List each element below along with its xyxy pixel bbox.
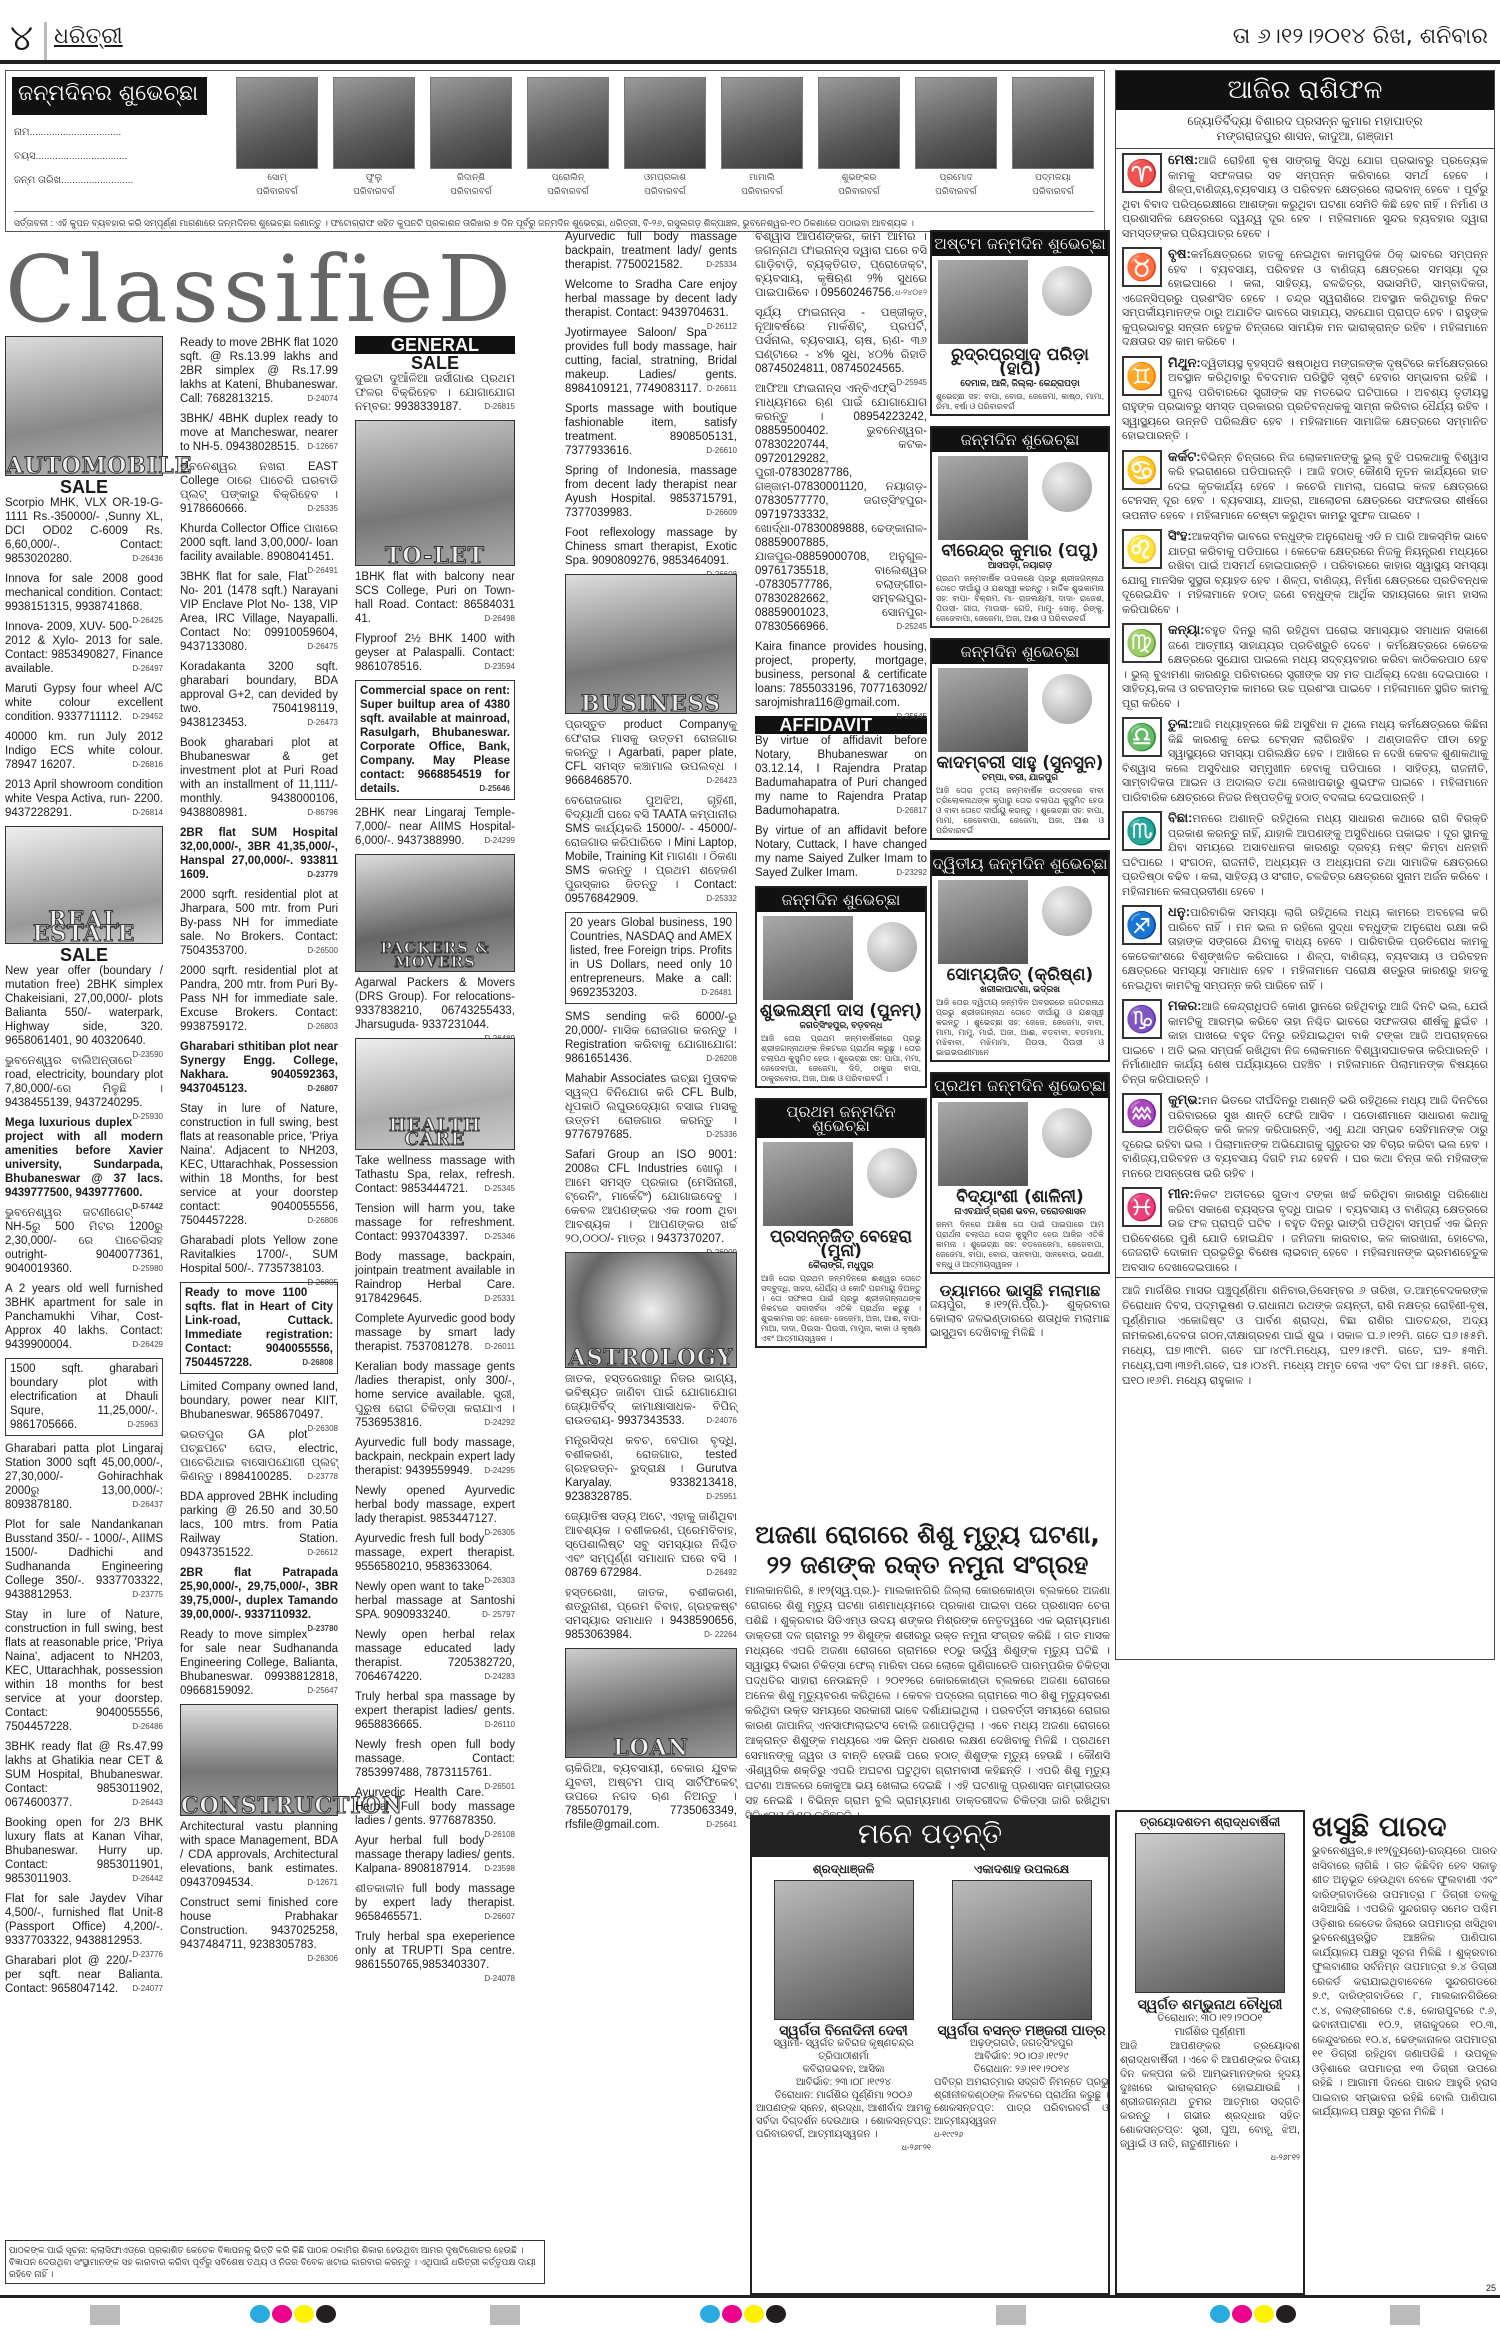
classified-ad: ବିଶ୍ୱାସ ଆପଣଙ୍କର, କାମ ଆମର । ଜଗନ୍ନାଥ ଫାଇନା… xyxy=(755,230,927,300)
classified-ad: Newly opened Ayurvedic herbal body massa… xyxy=(355,1484,515,1526)
rashi-tula: ♎ତୁଳା:ଆଜି ମଧ୍ୟାହ୍ନରେ କିଛି ଅସୁବିଧା ନ ଥିଲେ… xyxy=(1116,713,1494,807)
kid-photo-card: ସୋମ୍ପରିବାରବର୍ଗ xyxy=(236,77,318,197)
wish-message: ପ୍ରଥମ ଜନ୍ମବାର୍ଷିକ ଉପଲକ୍ଷେ ପ୍ରଭୁ ଶ୍ରୀଜଗନ୍… xyxy=(932,572,1108,626)
classified-ad: Truly herbal spa massage by expert thera… xyxy=(355,1690,515,1732)
kid-photo xyxy=(721,77,803,169)
child-address: ନାଏବଯାର୍ଡ୍ ଗ୍ରାଣ ଭବନ, ତରୋଡଶାସନ xyxy=(932,1204,1108,1218)
packers-image: PACKERS & MOVERS xyxy=(355,854,515,972)
classified-ad: Construct semi finished core house Prabh… xyxy=(180,1896,338,1952)
child-photo xyxy=(938,668,1028,752)
classified-ad: Welcome to Sradha Care enjoy herbal mass… xyxy=(565,278,737,320)
news-story: ଅଜଣା ରୋଗରେ ଶିଶୁ ମୃତ୍ୟୁ ଘଟଣା, ୨୨ ଜଣଙ୍କ ରକ… xyxy=(745,1520,1110,1824)
classified-ad: 20 years Global business, 190 Countries,… xyxy=(565,912,737,1004)
classified-ad: ଭୁବନେଶ୍ୱର ବାଲିଅନ୍ତାରେ road, electricity,… xyxy=(5,1054,163,1110)
astrology-label: ASTROLOGY xyxy=(566,1351,736,1365)
shraddha-title: ତ୍ରୟୋଦଶତମ ଶ୍ରାଦ୍ଧବାର୍ଷିକୀ xyxy=(1120,1815,1300,1829)
balloon-icon xyxy=(1042,462,1092,512)
realestate-image: REAL ESTATE xyxy=(5,826,163,944)
classified-ad: Body massage, backpain, jointpain treatm… xyxy=(355,1250,515,1306)
rashi-bichha: ♏ବିଛା:ମନରେ ଅଶାନ୍ତି ରହିଥିଲେ ମଧ୍ୟ ସାଧାରଣ କ… xyxy=(1116,807,1494,901)
rashi-brusha: ♉ବୃଷ:କର୍ମକ୍ଷେତ୍ରରେ ହାତକୁ ନେଇଥିବା କାମଗୁଡି… xyxy=(1116,243,1494,352)
classified-ad: ଭୁବନେଶ୍ୱର ଜଟଣୀଗେଟ୍ NH-5ରୁ 500 ମିଟର 1200ର… xyxy=(5,1206,163,1276)
healthcare-label: HEALTH CARE xyxy=(356,1119,514,1147)
healthcare-image: HEALTH CARE xyxy=(355,1038,515,1150)
classified-ad: Kaira finance provides housing, project,… xyxy=(755,640,927,710)
wish-message: ଆଜି ତୋର ଦ୍ୱିତୀୟ ଜନ୍ମଦିନ ଅବସରରେ ଜଗତରନାଥ ପ… xyxy=(932,996,1108,1060)
capricorn-icon: ♑ xyxy=(1122,999,1162,1039)
classified-ad: Sports massage with boutique fashionable… xyxy=(565,402,737,458)
obituary-title: ମନେ ପଡ଼ନ୍ତି xyxy=(752,1817,1108,1857)
cancer-icon: ♋ xyxy=(1122,450,1162,490)
classified-ad: Innova for sale 2008 good mechanical con… xyxy=(5,572,163,614)
registration-gray-block xyxy=(490,2305,520,2325)
classified-ad: SMS sending କରି 6000/-ରୁ 20,000/- ମାସିକ … xyxy=(565,1010,737,1066)
wish-title: ଦ୍ୱିତୀୟ ଜନ୍ମଦିନ ଶୁଭେଚ୍ଛା xyxy=(932,852,1108,876)
tolet-image: TO-LET xyxy=(355,420,515,566)
classified-ad: Safari Group an ISO 9001: 2008ର CFL Indu… xyxy=(565,1148,737,1246)
classified-ad: Architectural vastu planning with space … xyxy=(180,1820,338,1890)
wish-message: ଆଜି ତୋର ପ୍ରଥମ ଜନ୍ମବାର୍ଷିକୀରେ ପ୍ରଭୁ ଶ୍ରୀଜ… xyxy=(757,1032,925,1086)
brief-body: ଜୟପୁର, ୫।୧୨(ନି.ପ୍ର.)- ଶୁକ୍ରବାର କୋଲାବ ଜଳଭ… xyxy=(930,1298,1110,1340)
newspaper-logo[interactable]: ଧରିତ୍ରୀ xyxy=(54,24,123,49)
wish-message: ଆଜି ତୋର ପ୍ରଥମ ଜନ୍ମଦିନରେ ଈଶ୍ୱର ତୋତେ ସଦ୍‌ବ… xyxy=(757,1272,925,1346)
kid-photo xyxy=(333,77,415,169)
balloon-icon xyxy=(1042,1108,1092,1158)
reader-notice: ପାଠକଙ୍କ ପାଇଁ ସୂଚନା: କ୍ଲାସିଫାଏଡ୍‌ରେ ପ୍ରକା… xyxy=(5,2240,545,2284)
classified-ad: ଦୁଇଟା ଦୁଆଁଳିଆ ଜର୍ସୀଗାଈ ପ୍ରଥମ ଫଳର ବିକ୍ରିହ… xyxy=(355,372,515,414)
column-property: Ready to move 2BHK flat 1020 sqft. @ Rs.… xyxy=(180,336,338,1966)
kid-photo xyxy=(527,77,609,169)
birthday-wish: ଅଷ୍ଟମ ଜନ୍ମଦିନ ଶୁଭେଚ୍ଛା ରୁଦ୍ରପ୍ରସାଦ ପରିଡ଼… xyxy=(930,230,1110,416)
classified-ad: Ready to move 2BHK flat 1020 sqft. @ Rs.… xyxy=(180,336,338,406)
obituary-box: ମନେ ପଡ଼ନ୍ତି ଶ୍ରଦ୍ଧାଞ୍ଜଳି ସ୍ୱର୍ଗତା ବିନୋଦି… xyxy=(750,1815,1110,2295)
classified-ad: 2BHK near Lingaraj Temple- 7,000/- near … xyxy=(355,806,515,848)
balloon-icon xyxy=(1042,674,1092,724)
almanac-note: ଆଜି ମାର୍ଗଶିର ମାସର ପଞ୍ଚୁପୂର୍ଣ୍ଣିମା ଶନିବାର… xyxy=(1116,1277,1494,1395)
kid-photo xyxy=(818,77,900,169)
loan-label: LOAN xyxy=(566,1741,736,1755)
coupon-field-age[interactable]: ବୟସ................................. xyxy=(14,151,214,162)
birthday-wish: ଜନ୍ମଦିନ ଶୁଭେଚ୍ଛା ବୀରେନ୍ଦ୍ର କୁମାର (ପପୁ) ଆ… xyxy=(930,426,1110,628)
classified-ad: Commercial space on rent: Super builtup … xyxy=(355,680,515,800)
classified-ad: Gharabari patta plot Lingaraj Station 30… xyxy=(5,1442,163,1512)
cyan-registration-dot xyxy=(250,2305,270,2323)
classified-ad: Jyotirmayee Saloon/ Spa provides full bo… xyxy=(565,326,737,396)
kid-photo xyxy=(624,77,706,169)
classified-ad: Scorpio MHK, VLX OR-19-G-1111 Rs.-350000… xyxy=(5,496,163,566)
rashi-meena: ♓ମୀନ:ନିକଟ ଅତୀତରେ ଗୁଡାଏ ଟଙ୍କା ଖର୍ଚ୍ଚ କରିଥ… xyxy=(1116,1183,1494,1277)
child-name: କାଦମ୍ବରୀ ସାହୁ (ସୁନସୁନ) xyxy=(932,756,1108,770)
child-name: ବୀରେନ୍ଦ୍ର କୁମାର (ପପୁ) xyxy=(932,544,1108,558)
horoscope-author: ଜ୍ୟୋତିର୍ବିଦ୍ୟା ବିଶାରଦ ପ୍ରସନ୍ନ କୁମାର ମହାପ… xyxy=(1116,110,1494,149)
classified-ad: ଜ୍ୟୋତିଷ ସତ୍ୟ ଅଟେ, ଏହାକୁ ଜାଣିଥିବା ଆବଶ୍ୟକ … xyxy=(565,1510,737,1580)
magenta-registration-dot xyxy=(272,2305,292,2323)
column-automobile-realestate: AUTOMOBILE SALE Scorpio MHK, VLX OR-19-G… xyxy=(5,336,163,2002)
balloon-icon xyxy=(867,922,917,972)
coupon-title: ଜନ୍ମଦିନର ଶୁଭେଚ୍ଛା xyxy=(12,77,207,115)
business-label: BUSINESS xyxy=(566,697,736,711)
aries-icon: ♈ xyxy=(1122,153,1162,193)
classified-ad: Gharabadi plots Yellow zone Ravitalkies … xyxy=(180,1234,338,1276)
classified-ad: ଆଫିଆ ଫାଇନାନ୍ସ ଏନ୍‌ବିଏଫ୍‌ସି ମାଧ୍ୟମରେ ଋଣ ପ… xyxy=(755,382,927,634)
classified-ad: Complete Ayurvedic good body massage by … xyxy=(355,1312,515,1354)
child-photo xyxy=(938,880,1028,964)
classified-ad: Agarwal Packers & Movers (DRS Group). Fo… xyxy=(355,976,515,1032)
classified-ad: Tension will harm you, take massage for … xyxy=(355,1202,515,1244)
classified-ad: Stay in lure of Nature, construction in … xyxy=(180,1102,338,1228)
classified-ad: Flat for sale Jaydev Vihar 4,500/-, furn… xyxy=(5,1892,163,1948)
classified-ad: 2013 April showroom condition white Vesp… xyxy=(5,778,163,820)
taurus-icon: ♉ xyxy=(1122,247,1162,287)
wish-message: ଶୁଭେଚ୍ଛା ସହ: ବାପା, ବୋଉ, ଜେଜେମା, କାଷ୍ଠ, ମ… xyxy=(932,390,1108,414)
child-name: ବିଦ୍ୟାଂଶୀ (ଶାଳିନୀ) xyxy=(932,1190,1108,1204)
black-registration-dot xyxy=(316,2305,336,2323)
header-rule xyxy=(0,60,1500,64)
classified-ad: By virtue of an affidavit before Notary,… xyxy=(755,824,927,880)
rashi-makara: ♑ମକର:ଆଜି କେନ୍ଦ୍ରାଧିପତି କୋଣ ସ୍ଥାନରେ ରହିଥି… xyxy=(1116,995,1494,1089)
sale-heading: SALE xyxy=(5,948,163,962)
child-name: ଶୁଭଲକ୍ଷ୍ମୀ ଦାସ (ପୁନମ୍) xyxy=(757,1004,925,1018)
classified-ad: Newly fresh open full body massage. Cont… xyxy=(355,1738,515,1780)
column-finance-affidavit: ବିଶ୍ୱାସ ଆପଣଙ୍କର, କାମ ଆମର । ଜଗନ୍ନାଥ ଫାଇନା… xyxy=(755,230,927,1358)
leo-icon: ♌ xyxy=(1122,529,1162,569)
cyan-registration-dot xyxy=(1210,2305,1230,2323)
packers-label: PACKERS & MOVERS xyxy=(356,941,514,969)
classified-ad: By virtue of affidavit before Notary, Bh… xyxy=(755,734,927,818)
wish-title: ଅଷ୍ଟମ ଜନ୍ମଦିନ ଶୁଭେଚ୍ଛା xyxy=(932,232,1108,256)
classified-ad: ପ୍ରସ୍ତୁତ product Companyକୁ ଫେରାଇ ମାସକୁ ଉ… xyxy=(565,718,737,788)
classified-ad: Ayurvedic full body massage backpain, tr… xyxy=(565,230,737,272)
classified-ad: 40000 km. run July 2012 Indigo ECS white… xyxy=(5,730,163,772)
classified-ad: Newly open herbal relax massage educated… xyxy=(355,1628,515,1684)
child-photo xyxy=(938,1102,1028,1186)
wish-title: ଜନ୍ମଦିନ ଶୁଭେଚ୍ଛା xyxy=(932,428,1108,452)
child-name: ରୁଦ୍ରପ୍ରସାଦ ପରିଡ଼ା (ହାପି) xyxy=(932,348,1108,376)
rashi-kanya: ♍କନ୍ୟା:ବହୁତ ଦିନରୁ ଲାଗି ରହିଥିବା ଘରୋଇ ସମାସ… xyxy=(1116,619,1494,713)
black-registration-dot xyxy=(766,2305,786,2323)
kid-photo-card: ଶୁଭଙ୍କରପରିବାରବର୍ଗ xyxy=(818,77,900,197)
obituary-left: ଶ୍ରଦ୍ଧାଞ୍ଜଳି ସ୍ୱର୍ଗତା ବିନୋଦିନୀ ଦେବୀ ସ୍ୱା… xyxy=(756,1863,931,2154)
classified-ad: ଭୁବନେଶ୍ୱର ନଖରା EAST College ଠାରେ ପାଚେରି … xyxy=(180,460,338,516)
child-photo xyxy=(938,456,1028,540)
rashi-dhanu: ♐ଧନୁ:ପାରିବାରିକ ସମସ୍ୟା ଲାଗି ରହିଥିଲେ ମଧ୍ୟ … xyxy=(1116,901,1494,995)
astrology-image: ASTROLOGY xyxy=(565,1252,737,1368)
general-heading: GENERAL xyxy=(355,336,515,354)
tolet-label: TO-LET xyxy=(356,549,514,563)
black-registration-dot xyxy=(1276,2305,1296,2323)
classified-ad: Book gharabari plot at Bhubaneswar & get… xyxy=(180,736,338,820)
classified-ad: Flyproof 2½ BHK 1400 with geyser at Pala… xyxy=(355,632,515,674)
news-body: ମାଲକାନଗିରି, ୫।୧୨(ସ୍ୱ.ପ୍ର.)- ମାଲକାନଗିରି ଜ… xyxy=(745,1584,1110,1824)
gemini-icon: ♊ xyxy=(1122,356,1162,396)
rashi-mesha: ♈ମେଷ:ଆଜି ରୋହିଣୀ ବୃଷ ସାଙ୍ଗକୁ ସିଦ୍ଧି ଯୋଗ ପ… xyxy=(1116,149,1494,243)
column-business-astrology: Ayurvedic full body massage backpain, tr… xyxy=(565,230,737,1838)
footer-rule xyxy=(0,2295,1500,2298)
pisces-icon: ♓ xyxy=(1122,1187,1162,1227)
balloon-icon xyxy=(1042,886,1092,936)
classified-ad: Stay in lure of Nature, construction in … xyxy=(5,1608,163,1734)
classified-ad: Ready to move 1100 sqfts. flat in Heart … xyxy=(180,1282,338,1374)
classified-ad: ବେରୋଜଗାର ପୁଅଝିଅ, ଗୃହିଣୀ, ବିଦ୍ୟାର୍ଥୀ ଘରେ … xyxy=(565,794,737,906)
classified-ad: ସୂର୍ଯ୍ୟ ଫାଇନାନ୍ସ - ପଞ୍ଜୀକୃତ, ନୂଆବର୍ଷରେ ମ… xyxy=(755,306,927,376)
registration-gray-block xyxy=(996,2305,1026,2325)
classified-masthead: ClassifieD xyxy=(5,240,515,340)
rashi-kumbha: ♒କୁମ୍ଭ:ମନ ଭିତରେ ଦୀର୍ଘଦିନରୁ ଅଶାନ୍ତି ଭରି ର… xyxy=(1116,1089,1494,1183)
child-photo xyxy=(763,916,853,1000)
birthday-wish: ଜନ୍ମଦିନ ଶୁଭେଚ୍ଛା ଶୁଭଲକ୍ଷ୍ମୀ ଦାସ (ପୁନମ୍) … xyxy=(755,886,927,1088)
column-general: GENERAL SALE ଦୁଇଟା ଦୁଆଁଳିଆ ଜର୍ସୀଗାଈ ପ୍ରଥ… xyxy=(355,336,515,1986)
birthday-wish: ଦ୍ୱିତୀୟ ଜନ୍ମଦିନ ଶୁଭେଚ୍ଛା ସୋମ୍ୟଜିତ୍ (କ୍ରି… xyxy=(930,850,1110,1062)
sagittarius-icon: ♐ xyxy=(1122,905,1162,945)
birthday-wish: ପ୍ରଥମ ଜନ୍ମଦିନ ଶୁଭେଚ୍ଛା ବିଦ୍ୟାଂଶୀ (ଶାଳିନୀ… xyxy=(930,1072,1110,1274)
aquarius-icon: ♒ xyxy=(1122,1093,1162,1133)
classified-ad: Mahabir Associates ଇଚ୍ଛା ମୁତାବକ ସ୍ୱଳ୍ପ ବ… xyxy=(565,1072,737,1142)
classified-ad: ମନ୍ତ୍ରସିଦ୍ଧ କବଚ, ବେପାର ବୃଦ୍ଧି, ବଶୀକରଣ, ର… xyxy=(565,1434,737,1504)
kid-photo-card: ମାମାଲିପରିବାରବର୍ଗ xyxy=(721,77,803,197)
classified-ad: ଜାତକ, ହସ୍ତରେଖାରୁ ନିଜର ଭାଗ୍ୟ, ଭବିଷ୍ୟତ ଜାଣ… xyxy=(565,1372,737,1428)
rashi-simha: ♌ସିଂହ:ଆକସ୍ମିକ ଭାବରେ ବନ୍ଧୁଙ୍କ ଅନୁରୋଧକୁ ଏଡ… xyxy=(1116,525,1494,619)
kid-photo xyxy=(1012,77,1094,169)
deceased-photo xyxy=(1135,1833,1285,1993)
classified-ad: Khurda Collector Office ପାଖରେ 2000 sqft.… xyxy=(180,522,338,564)
page-folio: 25 xyxy=(1486,2283,1496,2293)
deceased-name: ସ୍ୱର୍ଗତ ଶମ୍ଭୁନାଥ ଚୌଧୁରୀ xyxy=(1120,1997,1300,2011)
wish-title: ପ୍ରଥମ ଜନ୍ମଦିନ ଶୁଭେଚ୍ଛା xyxy=(757,1100,925,1138)
child-photo xyxy=(938,260,1028,344)
realestate-label: REAL ESTATE xyxy=(6,913,162,941)
kid-photo xyxy=(236,77,318,169)
classified-ad: Maruti Gypsy four wheel A/C white colour… xyxy=(5,682,163,724)
automobile-image: AUTOMOBILE xyxy=(5,336,163,476)
classified-ad: Ayurvedic full body massage, backpain, n… xyxy=(355,1436,515,1478)
classified-ad: A 2 years old well furnished 3BHK apartm… xyxy=(5,1282,163,1352)
rashi-mithuna: ♊ମିଥୁନ:ଦ୍ୱିତୀୟସ୍ଥ ବୃହସ୍ପତି ଷଷ୍ଠାଧିପ ମଙ୍ଗ… xyxy=(1116,352,1494,446)
classified-ad: ଶୀତକାଳୀନ full body massage by expert lad… xyxy=(355,1882,515,1924)
weather-story: ଖସୁଛି ପାରଦ ଭୁବନେଶ୍ୱର,୫।୧୨(ବ୍ୟୁରୋ)-ରାଜ୍ୟର… xyxy=(1312,1810,1497,2120)
page-number: ୪ xyxy=(10,18,33,60)
classified-ad: New year offer (boundary / mutation free… xyxy=(5,964,163,1048)
wish-message: ଜନମ ଦିନରେ ଆଶିଷ ତୋ ପାଇଁ ପାଇପାରେ ଆମ ପ୍ରାର୍… xyxy=(932,1218,1108,1272)
classified-ad: Keralian body massage gents /ladies ther… xyxy=(355,1360,515,1430)
coupon-field-name[interactable]: ନାମ................................. xyxy=(14,127,214,138)
sale-heading: SALE xyxy=(5,480,163,494)
balloon-icon xyxy=(1042,266,1092,316)
loan-image: LOAN xyxy=(565,1648,737,1758)
classified-ad: Innova- 2009, XUV- 500- 2012 & Xylo- 201… xyxy=(5,620,163,676)
coupon-field-dob[interactable]: ଜନ୍ମ ତାରିଖ.......................... xyxy=(14,175,214,186)
registration-gray-block xyxy=(1390,2305,1420,2325)
classified-ad: 2000 sqrft. residential plot at Pandra, … xyxy=(180,964,338,1034)
classified-ad: ହସ୍ତରେଖା, ଜାତକ, ବଶୀକରଣ, ଶତ୍ରୁନାଶ, ପ୍ରେମ … xyxy=(565,1586,737,1642)
classified-ad: ଚାକିରିଆ, ବ୍ୟବସାୟୀ, ବେକାର ଯୁବକ ଯୁବତୀ, ଅଷ୍… xyxy=(565,1762,737,1832)
child-address: ଦେମାଳ, ଆଳି, ଜିଲ୍ଲା- କେନ୍ଦ୍ରାପଡ଼ା xyxy=(932,376,1108,390)
libra-icon: ♎ xyxy=(1122,717,1162,757)
kid-photo-card: ଓମପ୍ରକାଶପରିବାରବର୍ଗ xyxy=(624,77,706,197)
construction-label: CONSTRUCTION xyxy=(181,1799,337,1813)
horoscope-title: ଆଜିର ରାଶିଫଳ xyxy=(1116,71,1494,110)
classified-ad: Koradakanta 3200 sqft. gharabari boundar… xyxy=(180,660,338,730)
page-header: ୪ ଧରିତ୍ରୀ ତା ୬।୧୨।୨୦୧୪ ରିଖ, ଶନିବାର xyxy=(0,18,1500,58)
birthday-coupon: ଜନ୍ମଦିନର ଶୁଭେଚ୍ଛା ନାମ...................… xyxy=(5,70,1105,232)
classified-ad: 3BHK/ 4BHK duplex ready to move at Manch… xyxy=(180,412,338,454)
classified-ad: Plot for sale Nandankanan Busstand 350/-… xyxy=(5,1518,163,1602)
virgo-icon: ♍ xyxy=(1122,623,1162,663)
brief-headline: ଡ୍ୟାମରେ ଭାସୁଛି ମଲାମାଛ xyxy=(930,1284,1110,1298)
classified-ad: 1BHK flat with balcony near SCS College,… xyxy=(355,570,515,626)
classified-ad: ଭରତପୁର GA plot ପଚ୍ଛପଟେ ରୋଡ, electric, ପା… xyxy=(180,1428,338,1484)
obituary-right: ଏକାଦଶାହ ଉପଲକ୍ଷେ ସ୍ୱର୍ଗତା ବସନ୍ତ ମଞ୍ଜରୀ ପା… xyxy=(934,1863,1109,2141)
rashi-karkata: ♋କର୍କଟ:ବିଭିନ୍ନ ଚିନ୍ତାରେ ନିଜ ଲୋକମାନଙ୍କୁ ଭ… xyxy=(1116,446,1494,526)
wish-title: ପ୍ରଥମ ଜନ୍ମଦିନ ଶୁଭେଚ୍ଛା xyxy=(932,1074,1108,1098)
classified-ad: Mega luxurious duplex project with all m… xyxy=(5,1116,163,1200)
kid-photo xyxy=(430,77,512,169)
yellow-registration-dot xyxy=(294,2305,314,2323)
classified-ad: Limited Company owned land, boundary, po… xyxy=(180,1380,338,1422)
balloon-icon xyxy=(867,1148,917,1198)
classified-ad: BDA approved 2BHK including parking @ 26… xyxy=(180,1490,338,1560)
classified-ad: Gharabari sthitiban plot near Synergy En… xyxy=(180,1040,338,1096)
magenta-registration-dot xyxy=(722,2305,742,2323)
classified-ad: 2000 sqrft. residential plot at Jharpara… xyxy=(180,888,338,958)
classified-ad: 3BHK flat for sale, Flat No- 201 (1478 s… xyxy=(180,570,338,654)
child-address: କୈଲାଙ୍ଗ, ମଧୁପୁର xyxy=(757,1258,925,1272)
classified-ad: Take wellness massage with Tathastu Spa,… xyxy=(355,1154,515,1196)
classified-ad: 2BR flat SUM Hospital 32,00,000/-, 3BR 4… xyxy=(180,826,338,882)
coupon-terms: ସର୍ତ୍ତାବଳୀ : ଏହି କୁପନ ବ୍ୟବହାର କରି ସମ୍ପୂର… xyxy=(14,211,1094,229)
automobile-label: AUTOMOBILE xyxy=(6,459,162,473)
child-name: ପ୍ରସନ୍ନଜିତ୍ ବେହେରା (ମୁନା) xyxy=(757,1230,925,1258)
child-name: ସୋମ୍ୟଜିତ୍ (କ୍ରିଷ୍ଣ) xyxy=(932,968,1108,982)
yellow-registration-dot xyxy=(744,2305,764,2323)
classified-ad: Foot reflexology massage by Chiness smar… xyxy=(565,526,737,568)
magenta-registration-dot xyxy=(1232,2305,1252,2323)
wish-title: ଜନ୍ମଦିନ ଶୁଭେଚ୍ଛା xyxy=(757,888,925,912)
shraddha-box: ତ୍ରୟୋଦଶତମ ଶ୍ରାଦ୍ଧବାର୍ଷିକୀ ସ୍ୱର୍ଗତ ଶମ୍ଭୁନ… xyxy=(1115,1810,1305,2295)
kid-photo-card: ପ୍ରୋଲିନ୍ପରିବାରବର୍ଗ xyxy=(527,77,609,197)
yellow-registration-dot xyxy=(1254,2305,1274,2323)
kid-photo-card: ଫୁଲୁପରିବାରବର୍ଗ xyxy=(333,77,415,197)
issue-date: ତା ୬।୧୨।୨୦୧୪ ରିଖ, ଶନିବାର xyxy=(1233,24,1488,49)
deceased-photo xyxy=(774,1880,914,2020)
wish-message: ଆଜି ତୋର ତୃତୀୟ ଜନ୍ମବାର୍ଷିକ ଉତ୍ସବରେ ବାବା ତ… xyxy=(932,784,1108,838)
construction-image: CONSTRUCTION xyxy=(180,1704,338,1816)
cyan-registration-dot xyxy=(700,2305,720,2323)
column-birthday-wishes: ଅଷ୍ଟମ ଜନ୍ମଦିନ ଶୁଭେଚ୍ଛା ରୁଦ୍ରପ୍ରସାଦ ପରିଡ଼… xyxy=(930,230,1110,1340)
birthday-wish: ପ୍ରଥମ ଜନ୍ମଦିନ ଶୁଭେଚ୍ଛା ପ୍ରସନ୍ନଜିତ୍ ବେହେର… xyxy=(755,1098,927,1348)
classified-ad: Ready to move simplex for sale near Sudh… xyxy=(180,1628,338,1698)
classified-ad: Spring of Indonesia, massage from decent… xyxy=(565,464,737,520)
kid-photo xyxy=(915,77,997,169)
business-image: BUSINESS xyxy=(565,574,737,714)
weather-headline: ଖସୁଛି ପାରଦ xyxy=(1312,1810,1497,1844)
scorpio-icon: ♏ xyxy=(1122,811,1162,851)
header-divider xyxy=(44,22,47,60)
weather-body: ଭୁବନେଶ୍ୱର,୫।୧୨(ବ୍ୟୁରୋ)-ରାଜ୍ୟରେ ପାରଦ ଖସିବ… xyxy=(1312,1844,1497,2120)
sale-heading: SALE xyxy=(355,356,515,370)
deceased-photo xyxy=(952,1880,1092,2020)
classified-ad: 2BR flat Patrapada 25,90,000/-, 29,75,00… xyxy=(180,1566,338,1622)
classified-ad: Truly herbal spa exeperience only at TRU… xyxy=(355,1930,515,1972)
registration-gray-block xyxy=(90,2305,120,2325)
news-headline: ଅଜଣା ରୋଗରେ ଶିଶୁ ମୃତ୍ୟୁ ଘଟଣା, ୨୨ ଜଣଙ୍କ ରକ… xyxy=(745,1520,1110,1580)
child-photo xyxy=(763,1142,853,1226)
kid-photo-card: ପଦ୍ମଳୟାପରିବାରବର୍ଗ xyxy=(1012,77,1094,197)
classified-ad: 3BHK ready flat @ Rs.47.99 lakhs at Ghat… xyxy=(5,1740,163,1810)
classified-ad: 1500 sqft. gharabari boundary plot with … xyxy=(5,1358,163,1436)
horoscope-box: ଆଜିର ରାଶିଫଳ ଜ୍ୟୋତିର୍ବିଦ୍ୟା ବିଶାରଦ ପ୍ରସନ୍… xyxy=(1115,70,1495,1660)
classified-ad: Booking open for 2/3 BHK luxury flats at… xyxy=(5,1816,163,1886)
kid-photo-card: ପ୍ରମୋଦପରିବାରବର୍ଗ xyxy=(915,77,997,197)
birthday-wish: ଜନ୍ମଦିନ ଶୁଭେଚ୍ଛା କାଦମ୍ବରୀ ସାହୁ (ସୁନସୁନ) … xyxy=(930,638,1110,840)
kid-photo-card: ରିଦାନ୍ଶିପରିବାରବର୍ଗ xyxy=(430,77,512,197)
wish-title: ଜନ୍ମଦିନ ଶୁଭେଚ୍ଛା xyxy=(932,640,1108,664)
